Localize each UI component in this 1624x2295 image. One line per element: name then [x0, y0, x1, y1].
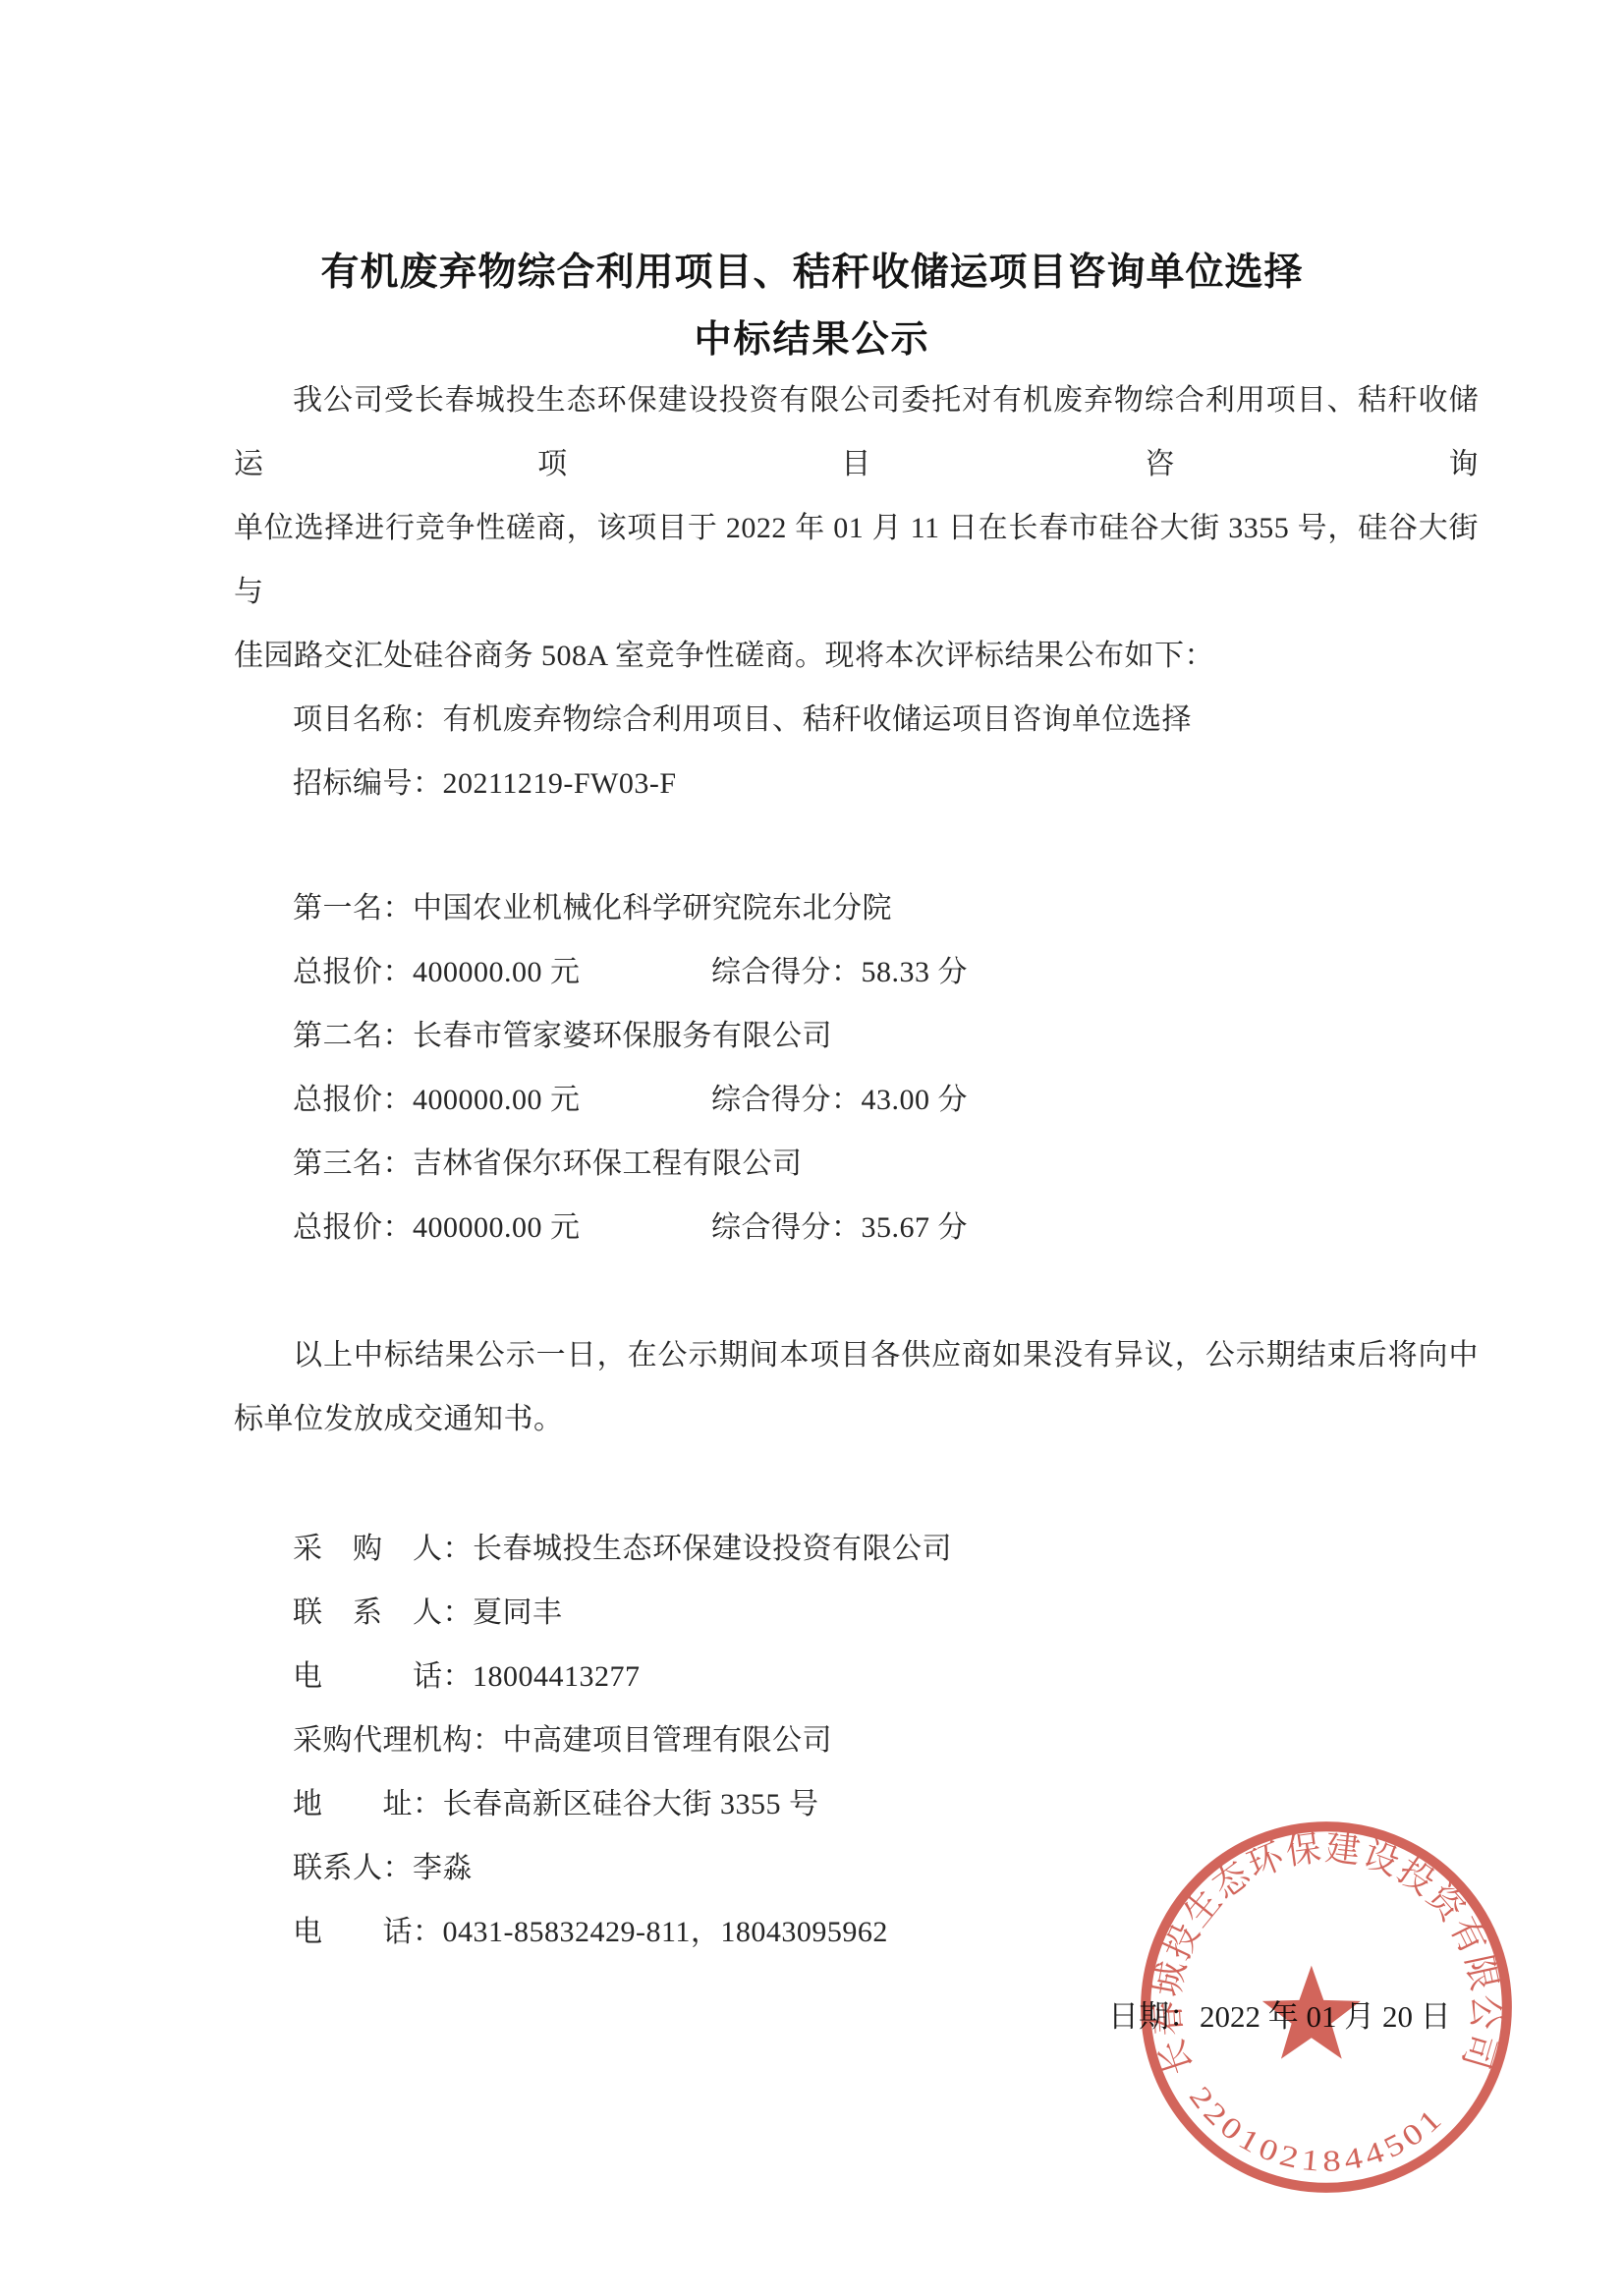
rank-2-score: 综合得分：43.00 分 [711, 1068, 968, 1132]
notice-line-1: 以上中标结果公示一日，在公示期间本项目各供应商如果没有异议，公示期结束后将向中 [234, 1323, 1479, 1387]
ranking-section: 第一名：中国农业机械化科学研究院东北分院 总报价：400000.00 元 综合得… [234, 876, 1479, 1259]
rank-1-name-line: 第一名：中国农业机械化科学研究院东北分院 [234, 876, 1479, 940]
contact-line-phone: 电 话：18004413277 [234, 1645, 1479, 1708]
contact-line-purchaser: 采 购 人：长春城投生态环保建设投资有限公司 [234, 1517, 1479, 1581]
intro-line-3: 佳园路交汇处硅谷商务 508A 室竞争性磋商。现将本次评标结果公布如下： [234, 624, 1479, 688]
purchaser-label: 采 购 人： [293, 1533, 473, 1565]
agency-address-value: 长春高新区硅谷大街 3355 号 [443, 1788, 819, 1820]
agency-address-label: 地 址： [293, 1788, 443, 1820]
agency-phone-label: 电 话： [293, 1916, 443, 1948]
rank-2-bid-price: 总报价：400000.00 元 [293, 1084, 581, 1116]
rank-1-score: 综合得分：58.33 分 [711, 940, 968, 1004]
rank-2-name-line: 第二名：长春市管家婆环保服务有限公司 [234, 1004, 1479, 1068]
intro-line-2: 单位选择进行竞争性磋商，该项目于 2022 年 01 月 11 日在长春市硅谷大… [234, 496, 1479, 624]
intro-line-1: 我公司受长春城投生态环保建设投资有限公司委托对有机废弃物综合利用项目、秸秆收储运… [234, 368, 1479, 496]
document-title-line1: 有机废弃物综合利用项目、秸秆收储运项目咨询单位选择 [0, 249, 1624, 298]
phone-value: 18004413277 [473, 1660, 641, 1693]
agency-phone-value: 0431-85832429-811，18043095962 [443, 1916, 888, 1948]
rank-1-result-line: 总报价：400000.00 元 综合得分：58.33 分 [234, 940, 1479, 1004]
agency-label: 采购代理机构： [293, 1724, 503, 1757]
tender-number-line: 招标编号：20211219-FW03-F [234, 752, 1479, 815]
project-name-line: 项目名称：有机废弃物综合利用项目、秸秆收储运项目咨询单位选择 [234, 688, 1479, 752]
star-icon [1262, 1966, 1361, 2059]
purchaser-value: 长春城投生态环保建设投资有限公司 [473, 1533, 952, 1565]
agency-contact-value: 李淼 [413, 1852, 473, 1884]
contact-line-contact-person: 联 系 人：夏同丰 [234, 1581, 1479, 1645]
contact-person-value: 夏同丰 [473, 1596, 563, 1629]
company-seal: 长春城投生态环保建设投资有限公司 2201021844501 [1128, 1809, 1525, 2206]
rank-3-bid-price: 总报价：400000.00 元 [293, 1211, 581, 1244]
document-title-line2: 中标结果公示 [0, 315, 1624, 364]
notice-line-2: 标单位发放成交通知书。 [234, 1387, 1479, 1451]
document-title: 有机废弃物综合利用项目、秸秆收储运项目咨询单位选择 中标结果公示 [0, 249, 1624, 364]
rank-3-name-line: 第三名：吉林省保尔环保工程有限公司 [234, 1132, 1479, 1196]
agency-value: 中高建项目管理有限公司 [503, 1724, 833, 1757]
intro-paragraph: 我公司受长春城投生态环保建设投资有限公司委托对有机废弃物综合利用项目、秸秆收储运… [234, 368, 1479, 688]
rank-1-bid-price: 总报价：400000.00 元 [293, 956, 581, 988]
notice-paragraph: 以上中标结果公示一日，在公示期间本项目各供应商如果没有异议，公示期结束后将向中 … [234, 1323, 1479, 1451]
rank-2-result-line: 总报价：400000.00 元 综合得分：43.00 分 [234, 1068, 1479, 1132]
contact-person-label: 联 系 人： [293, 1596, 473, 1629]
contact-line-agency: 采购代理机构：中高建项目管理有限公司 [234, 1708, 1479, 1772]
phone-label: 电 话： [293, 1660, 473, 1693]
rank-3-result-line: 总报价：400000.00 元 综合得分：35.67 分 [234, 1196, 1479, 1259]
document-page: 有机废弃物综合利用项目、秸秆收储运项目咨询单位选择 中标结果公示 我公司受长春城… [0, 0, 1624, 2295]
document-body: 我公司受长春城投生态环保建设投资有限公司委托对有机废弃物综合利用项目、秸秆收储运… [234, 368, 1479, 1964]
agency-contact-label: 联系人： [293, 1852, 413, 1884]
rank-3-score: 综合得分：35.67 分 [711, 1196, 968, 1259]
